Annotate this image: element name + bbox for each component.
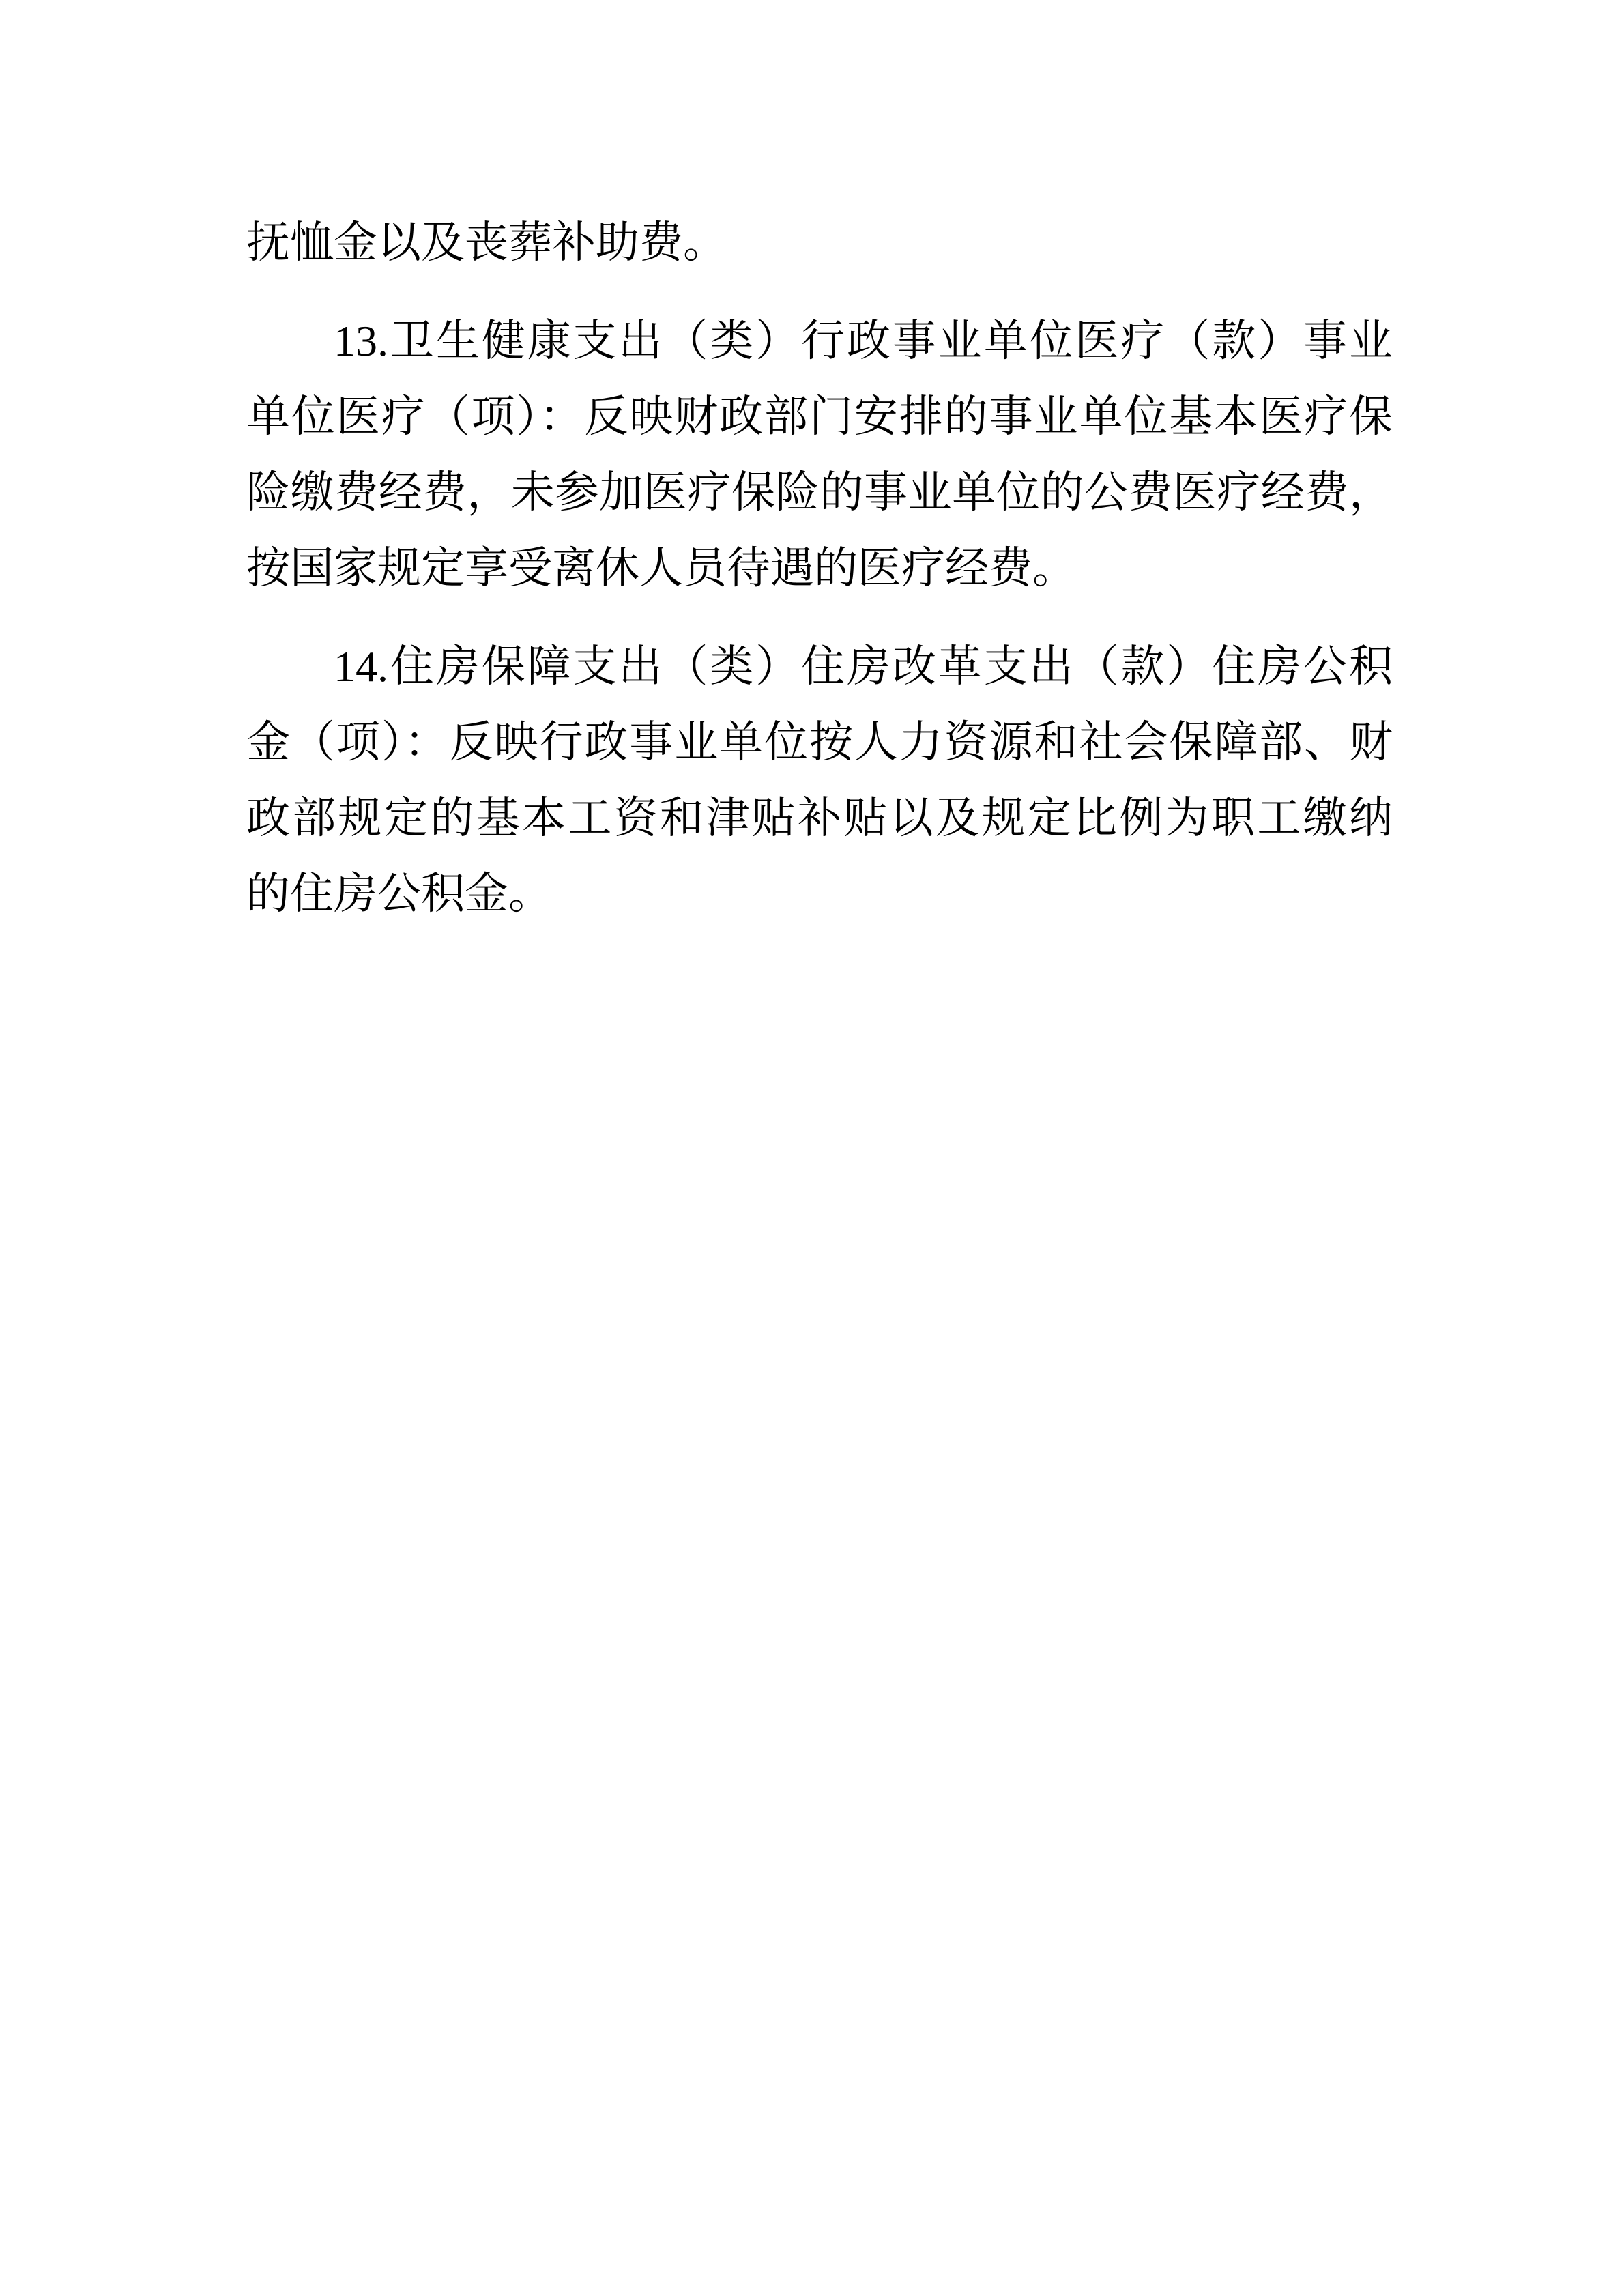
paragraph-13: 13.卫生健康支出（类）行政事业单位医疗（款）事业 单位医疗（项）：反映财政部门… [246, 303, 1393, 606]
text-line: 14.住房保障支出（类）住房改革支出（款）住房公积 [246, 629, 1393, 704]
paragraph-14: 14.住房保障支出（类）住房改革支出（款）住房公积 金（项）：反映行政事业单位按… [246, 629, 1393, 932]
text-line: 按国家规定享受离休人员待遇的医疗经费。 [246, 530, 1393, 606]
text-line: 金（项）：反映行政事业单位按人力资源和社会保障部、财 [246, 704, 1393, 780]
text-line: 的住房公积金。 [246, 856, 1393, 932]
text-line: 单位医疗（项）：反映财政部门安排的事业单位基本医疗保 [246, 379, 1393, 455]
text-line: 政部规定的基本工资和津贴补贴以及规定比例为职工缴纳 [246, 780, 1393, 856]
document-page: 抚恤金以及丧葬补助费。 13.卫生健康支出（类）行政事业单位医疗（款）事业 单位… [0, 0, 1624, 2296]
paragraph-continuation: 抚恤金以及丧葬补助费。 [246, 205, 1393, 281]
text-line: 13.卫生健康支出（类）行政事业单位医疗（款）事业 [246, 303, 1393, 379]
text-line: 险缴费经费，未参加医疗保险的事业单位的公费医疗经费， [246, 455, 1393, 530]
text-line: 抚恤金以及丧葬补助费。 [246, 205, 1393, 281]
body-text: 抚恤金以及丧葬补助费。 13.卫生健康支出（类）行政事业单位医疗（款）事业 单位… [246, 205, 1393, 932]
